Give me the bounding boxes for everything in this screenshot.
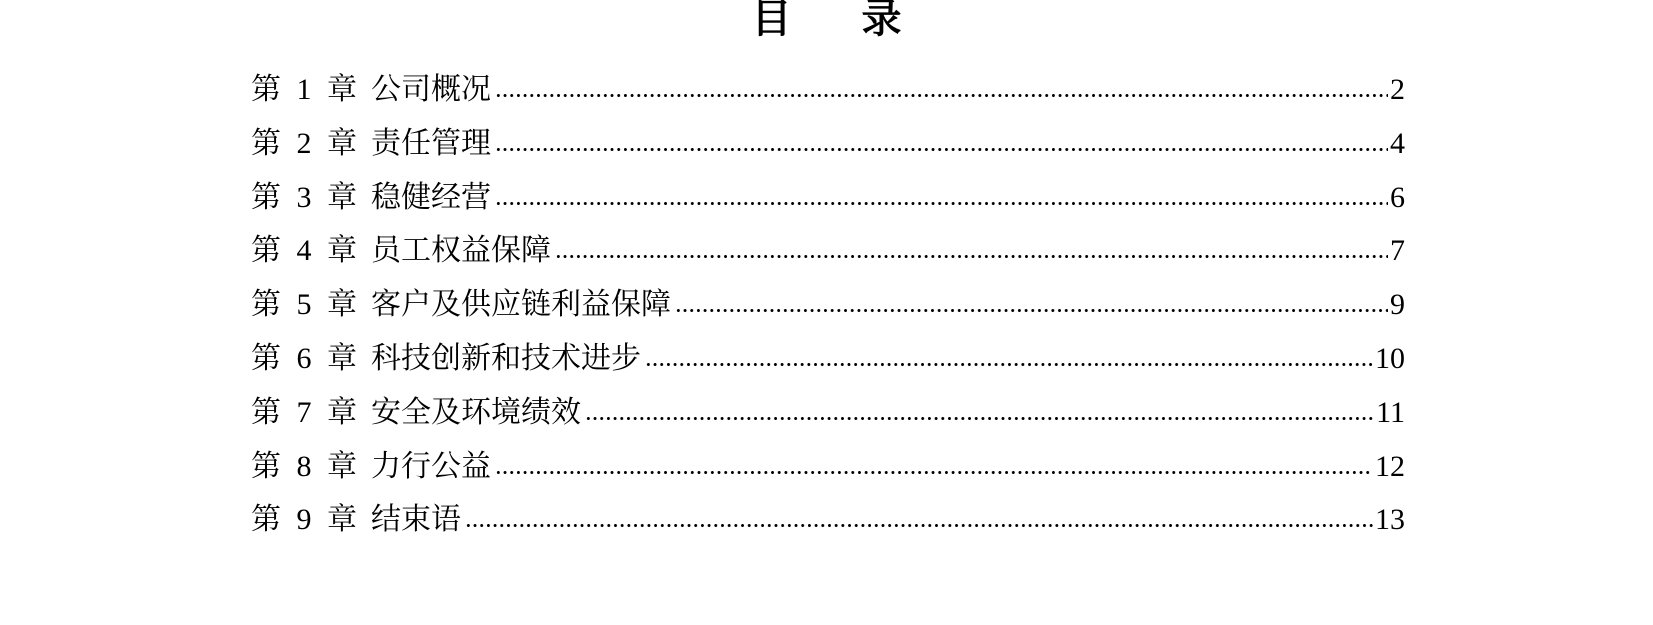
chapter-label: 第 7 章 — [251, 386, 357, 440]
page-number: 6 — [1390, 171, 1405, 225]
document-page: 目 录 第 1 章 公司概况 2 第 2 章 责任管理 4 第 3 章 稳健经营… — [0, 0, 1653, 620]
chapter-title: 客户及供应链利益保障 — [371, 278, 671, 332]
toc-entry[interactable]: 第 8 章 力行公益 12 — [251, 440, 1405, 494]
chapter-title: 责任管理 — [371, 117, 491, 171]
chapter-label: 第 3 章 — [251, 171, 357, 225]
dot-leader — [495, 469, 1373, 476]
dot-leader — [465, 522, 1373, 529]
page-number: 12 — [1375, 440, 1405, 494]
toc-entry[interactable]: 第 4 章 员工权益保障 7 — [251, 224, 1405, 278]
toc-entry[interactable]: 第 1 章 公司概况 2 — [251, 63, 1405, 117]
toc-entry[interactable]: 第 9 章 结束语 13 — [251, 493, 1405, 547]
dot-leader — [495, 200, 1388, 207]
chapter-title: 公司概况 — [371, 63, 491, 117]
chapter-title: 科技创新和技术进步 — [371, 332, 641, 386]
chapter-label: 第 1 章 — [251, 63, 357, 117]
chapter-label: 第 8 章 — [251, 440, 357, 494]
dot-leader — [495, 92, 1388, 99]
toc-entry[interactable]: 第 6 章 科技创新和技术进步 10 — [251, 332, 1405, 386]
dot-leader — [495, 146, 1388, 153]
dot-leader — [645, 361, 1373, 368]
page-number: 9 — [1390, 278, 1405, 332]
page-number: 7 — [1390, 224, 1405, 278]
page-number: 13 — [1375, 493, 1405, 547]
chapter-label: 第 4 章 — [251, 224, 357, 278]
chapter-title: 员工权益保障 — [371, 224, 551, 278]
chapter-label: 第 5 章 — [251, 278, 357, 332]
chapter-title: 稳健经营 — [371, 171, 491, 225]
page-number: 4 — [1390, 117, 1405, 171]
dot-leader — [585, 415, 1374, 422]
page-number: 11 — [1376, 386, 1405, 440]
toc-entry[interactable]: 第 2 章 责任管理 4 — [251, 117, 1405, 171]
chapter-title: 结束语 — [371, 493, 461, 547]
dot-leader — [675, 307, 1388, 314]
chapter-title: 安全及环境绩效 — [371, 386, 581, 440]
dot-leader — [555, 253, 1388, 260]
chapter-label: 第 9 章 — [251, 493, 357, 547]
toc-page-title: 目 录 — [0, 0, 1653, 43]
chapter-label: 第 6 章 — [251, 332, 357, 386]
chapter-label: 第 2 章 — [251, 117, 357, 171]
chapter-title: 力行公益 — [371, 440, 491, 494]
toc-entry[interactable]: 第 5 章 客户及供应链利益保障 9 — [251, 278, 1405, 332]
page-number: 10 — [1375, 332, 1405, 386]
page-number: 2 — [1390, 63, 1405, 117]
toc-list: 第 1 章 公司概况 2 第 2 章 责任管理 4 第 3 章 稳健经营 6 第… — [0, 63, 1653, 547]
toc-entry[interactable]: 第 3 章 稳健经营 6 — [251, 171, 1405, 225]
toc-entry[interactable]: 第 7 章 安全及环境绩效 11 — [251, 386, 1405, 440]
